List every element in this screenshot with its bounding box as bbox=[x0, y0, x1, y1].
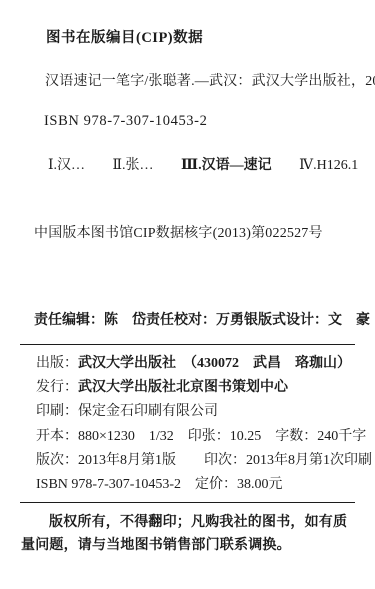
designer-label: 版式设计： bbox=[258, 313, 328, 328]
editor-credit: 责任编辑：陈 岱 bbox=[34, 309, 146, 329]
edition-value: 2013年8月第1版 印次：2013年8月第1次印刷 bbox=[78, 453, 372, 468]
proofreader-credit: 责任校对：万勇银 bbox=[146, 309, 258, 329]
cip-isbn-line: ISBN 978-7-307-10453-2 bbox=[44, 113, 207, 130]
distributor-value: 武汉大学出版社北京图书策划中心 bbox=[78, 380, 288, 395]
copyright-notice: 版权所有，不得翻印；凡购我社的图书，如有质量问题，请与当地图书销售部门联系调换。 bbox=[21, 511, 357, 557]
cip-classification-line: Ⅰ.汉… Ⅱ.张… Ⅲ.汉语—速记 Ⅳ.H126.1 bbox=[48, 154, 375, 174]
format-row: 开本：880×1230 1/32 印张：10.25 字数：240千字 bbox=[36, 425, 372, 449]
printer-label: 印刷： bbox=[36, 404, 78, 419]
editor-name: 陈 岱 bbox=[104, 313, 146, 328]
format-label: 开本： bbox=[36, 429, 78, 444]
cip-record-line: 汉语速记一笔字/张聪著.—武汉：武汉大学出版社，2013.8 bbox=[45, 70, 375, 90]
divider-bottom bbox=[20, 502, 355, 503]
cip-verification-line: 中国版本图书馆CIP数据核字(2013)第022527号 bbox=[34, 222, 323, 242]
printer-value: 保定金石印刷有限公司 bbox=[78, 404, 218, 419]
staff-credits-line: 责任编辑：陈 岱 责任校对：万勇银 版式设计：文 豪 bbox=[34, 309, 353, 329]
classification-item-3: Ⅲ.汉语—速记 bbox=[181, 158, 272, 173]
cip-heading: 图书在版编目(CIP)数据 bbox=[46, 26, 203, 47]
classification-item-1: Ⅰ.汉… bbox=[48, 158, 85, 173]
publisher-row: 出版：武汉大学出版社 （430072 武昌 珞珈山） bbox=[36, 352, 372, 376]
proofreader-label: 责任校对： bbox=[146, 313, 216, 328]
distributor-label: 发行： bbox=[36, 380, 78, 395]
classification-item-2: Ⅱ.张… bbox=[113, 158, 154, 173]
classification-item-4: Ⅳ.H126.1 bbox=[299, 158, 358, 173]
isbn-price-row: ISBN 978-7-307-10453-2 定价：38.00元 bbox=[36, 473, 372, 497]
proofreader-name: 万勇银 bbox=[216, 313, 258, 328]
designer-name: 文 豪 bbox=[328, 313, 370, 328]
designer-credit: 版式设计：文 豪 bbox=[258, 309, 370, 329]
format-value: 880×1230 1/32 印张：10.25 字数：240千字 bbox=[78, 429, 366, 444]
publication-info-block: 出版：武汉大学出版社 （430072 武昌 珞珈山） 发行：武汉大学出版社北京图… bbox=[36, 352, 372, 497]
divider-top bbox=[20, 344, 355, 345]
isbn-label: ISBN bbox=[36, 477, 71, 492]
distributor-row: 发行：武汉大学出版社北京图书策划中心 bbox=[36, 376, 372, 400]
editor-label: 责任编辑： bbox=[34, 313, 104, 328]
isbn-price-value: 978-7-307-10453-2 定价：38.00元 bbox=[71, 477, 282, 492]
edition-row: 版次：2013年8月第1版 印次：2013年8月第1次印刷 bbox=[36, 449, 372, 473]
edition-label: 版次： bbox=[36, 453, 78, 468]
publisher-label: 出版： bbox=[36, 356, 78, 371]
cip-copyright-page: 图书在版编目(CIP)数据 汉语速记一笔字/张聪著.—武汉：武汉大学出版社，20… bbox=[0, 0, 375, 589]
printer-row: 印刷：保定金石印刷有限公司 bbox=[36, 400, 372, 424]
publisher-value: 武汉大学出版社 （430072 武昌 珞珈山） bbox=[78, 356, 351, 371]
